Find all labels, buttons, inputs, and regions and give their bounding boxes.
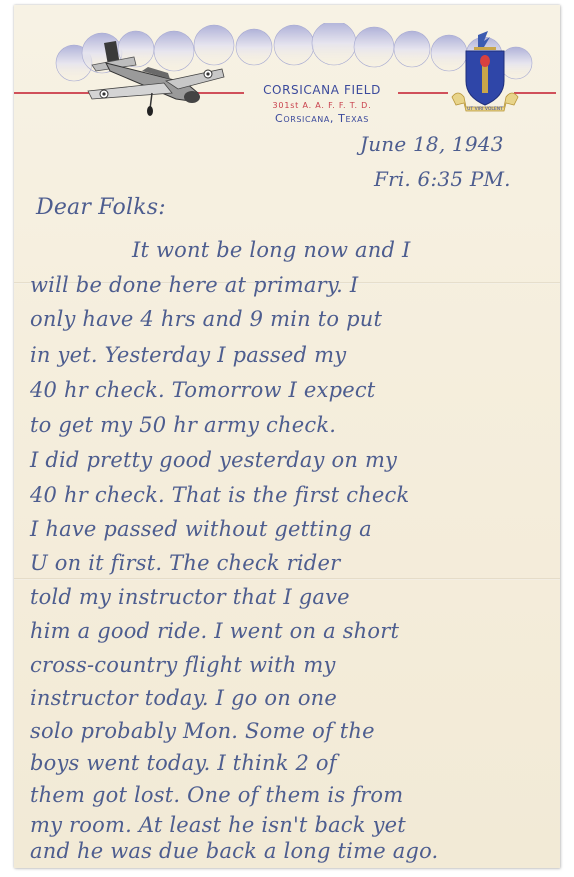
letter-line: in yet. Yesterday I passed my [30,343,346,367]
letterhead-rule-center-right [398,92,448,94]
airplane-icon [86,35,226,117]
letter-line: cross-country flight with my [30,653,336,677]
letter-line: and he was due back a long time ago. [30,839,438,863]
letter-line: I did pretty good yesterday on my [30,448,397,472]
letter-line: 40 hr check. That is the first check [30,483,409,507]
svg-text:UT VIRI VOLENT: UT VIRI VOLENT [467,106,503,112]
letter-line: them got lost. One of them is from [30,783,403,807]
letter-line: him a good ride. I went on a short [30,619,399,643]
letterhead-unit: 301st A. A. F. F. T. D. [242,101,402,110]
letter-line: only have 4 hrs and 9 min to put [30,307,382,331]
letter-line: I have passed without getting a [30,517,372,541]
unit-crest-icon: UT VIRI VOLENT [444,31,524,113]
letter-line: 40 hr check. Tomorrow I expect [30,378,375,402]
letter-line: instructor today. I go on one [30,686,337,710]
letter-date: June 18, 1943 [360,132,504,156]
letter-line: It wont be long now and I [132,238,411,262]
letter-line: will be done here at primary. I [30,273,358,297]
letter-line: boys went today. I think 2 of [30,751,337,775]
letter-line: told my instructor that I gave [30,585,350,609]
fold-line [14,578,560,580]
letter-page: CORSICANA FIELD 301st A. A. F. F. T. D. … [14,5,560,868]
letter-day-time: Fri. 6:35 PM. [374,167,511,191]
letter-line: to get my 50 hr army check. [30,413,336,437]
letterhead-location: Corsicana, Texas [242,112,402,125]
letter-line: solo probably Mon. Some of the [30,719,375,743]
letter-line: my room. At least he isn't back yet [30,813,406,837]
letterhead-rule-left [14,92,94,94]
letterhead-title: CORSICANA FIELD [242,83,402,97]
letter-salutation: Dear Folks: [36,195,166,220]
letter-line: U on it first. The check rider [30,551,340,575]
